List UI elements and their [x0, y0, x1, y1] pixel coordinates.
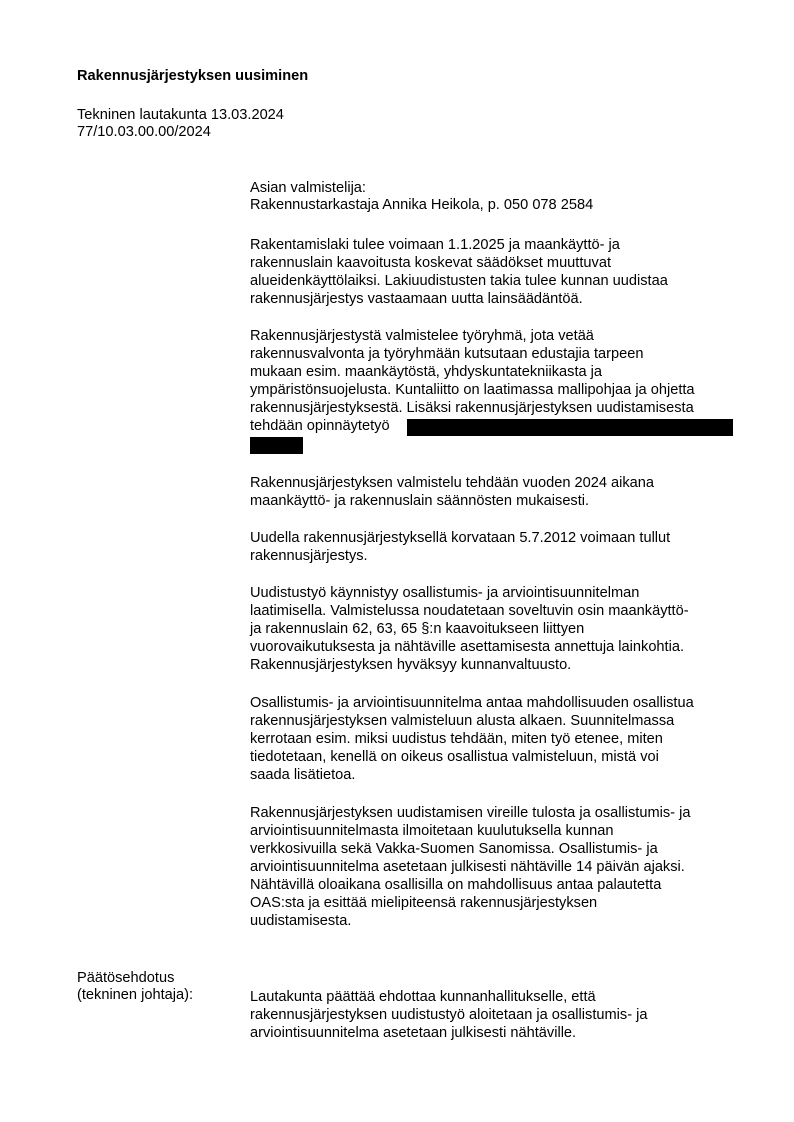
text-line: tiedotetaan, kenellä on oikeus osallistu… — [250, 748, 750, 766]
text-line: Osallistumis- ja arviointisuunnitelma an… — [250, 694, 750, 712]
document-title: Rakennusjärjestyksen uusiminen — [77, 68, 308, 85]
proposal-text: Lautakunta päättää ehdottaa kunnanhallit… — [250, 988, 750, 1042]
meeting-info: Tekninen lautakunta 13.03.2024 77/10.03.… — [77, 107, 284, 141]
text-line: rakennusjärjestyksen uudistustyö aloitet… — [250, 1006, 750, 1024]
text-line: uudistamisesta. — [250, 912, 750, 930]
text-line: OAS:sta ja esittää mielipiteensä rakennu… — [250, 894, 750, 912]
preparer-label: Asian valmistelija: — [250, 180, 750, 197]
proposal-label: Päätösehdotus (tekninen johtaja): — [77, 970, 193, 1004]
paragraph-6: Osallistumis- ja arviointisuunnitelma an… — [250, 694, 750, 784]
text-line: ympäristönsuojelusta. Kuntaliitto on laa… — [250, 381, 750, 399]
redaction-bar — [407, 419, 733, 436]
preparer-block: Asian valmistelija: Rakennustarkastaja A… — [250, 180, 750, 214]
text-line: Rakennusjärjestystä valmistelee työryhmä… — [250, 327, 750, 345]
text-line: verkkosivuilla sekä Vakka-Suomen Sanomis… — [250, 840, 750, 858]
text-line: rakennuslain kaavoitusta koskevat säädök… — [250, 254, 750, 272]
text-line: kerrotaan esim. miksi uudistus tehdään, … — [250, 730, 750, 748]
text-line: rakennusjärjestys. — [250, 547, 750, 565]
text-line: rakennusjärjestyksen valmisteluun alusta… — [250, 712, 750, 730]
text-line: Nähtävillä oloaikana osallisilla on mahd… — [250, 876, 750, 894]
text-line: arviointisuunnitelma asetetaan julkisest… — [250, 858, 750, 876]
preparer-name: Rakennustarkastaja Annika Heikola, p. 05… — [250, 197, 750, 214]
text-line: maankäyttö- ja rakennuslain säännösten m… — [250, 492, 750, 510]
text-line: Rakennusjärjestyksen hyväksyy kunnanvalt… — [250, 656, 750, 674]
paragraph-1: Rakentamislaki tulee voimaan 1.1.2025 ja… — [250, 236, 750, 308]
text-line: saada lisätietoa. — [250, 766, 750, 784]
reference-number: 77/10.03.00.00/2024 — [77, 124, 284, 141]
text-line: laatimisella. Valmistelussa noudatetaan … — [250, 602, 750, 620]
text-line: Rakentamislaki tulee voimaan 1.1.2025 ja… — [250, 236, 750, 254]
text-line: rakennusjärjestyksestä. Lisäksi rakennus… — [250, 399, 750, 417]
text-line: Uudistustyö käynnistyy osallistumis- ja … — [250, 584, 750, 602]
text-line: vuorovaikutuksesta ja nähtäville asettam… — [250, 638, 750, 656]
paragraph-4: Uudella rakennusjärjestyksellä korvataan… — [250, 529, 750, 565]
paragraph-5: Uudistustyö käynnistyy osallistumis- ja … — [250, 584, 750, 674]
proposal-label-line1: Päätösehdotus — [77, 970, 193, 987]
redaction-bar — [250, 437, 303, 454]
text-line: mukaan esim. maankäytöstä, yhdyskuntatek… — [250, 363, 750, 381]
text-line: Lautakunta päättää ehdottaa kunnanhallit… — [250, 988, 750, 1006]
meeting-date: Tekninen lautakunta 13.03.2024 — [77, 107, 284, 124]
text-line: Uudella rakennusjärjestyksellä korvataan… — [250, 529, 750, 547]
text-line: Rakennusjärjestyksen valmistelu tehdään … — [250, 474, 750, 492]
text-line: alueidenkäyttölaiksi. Lakiuudistusten ta… — [250, 272, 750, 290]
text-line: rakennusjärjestys vastaamaan uutta lains… — [250, 290, 750, 308]
paragraph-3: Rakennusjärjestyksen valmistelu tehdään … — [250, 474, 750, 510]
paragraph-7: Rakennusjärjestyksen uudistamisen vireil… — [250, 804, 750, 930]
text-line: ja rakennuslain 62, 63, 65 §:n kaavoituk… — [250, 620, 750, 638]
text-line: rakennusvalvonta ja työryhmään kutsutaan… — [250, 345, 750, 363]
text-line: arviointisuunnitelma asetetaan julkisest… — [250, 1024, 750, 1042]
proposal-label-line2: (tekninen johtaja): — [77, 987, 193, 1004]
text-line: arviointisuunnitelmasta ilmoitetaan kuul… — [250, 822, 750, 840]
text-line: Rakennusjärjestyksen uudistamisen vireil… — [250, 804, 750, 822]
